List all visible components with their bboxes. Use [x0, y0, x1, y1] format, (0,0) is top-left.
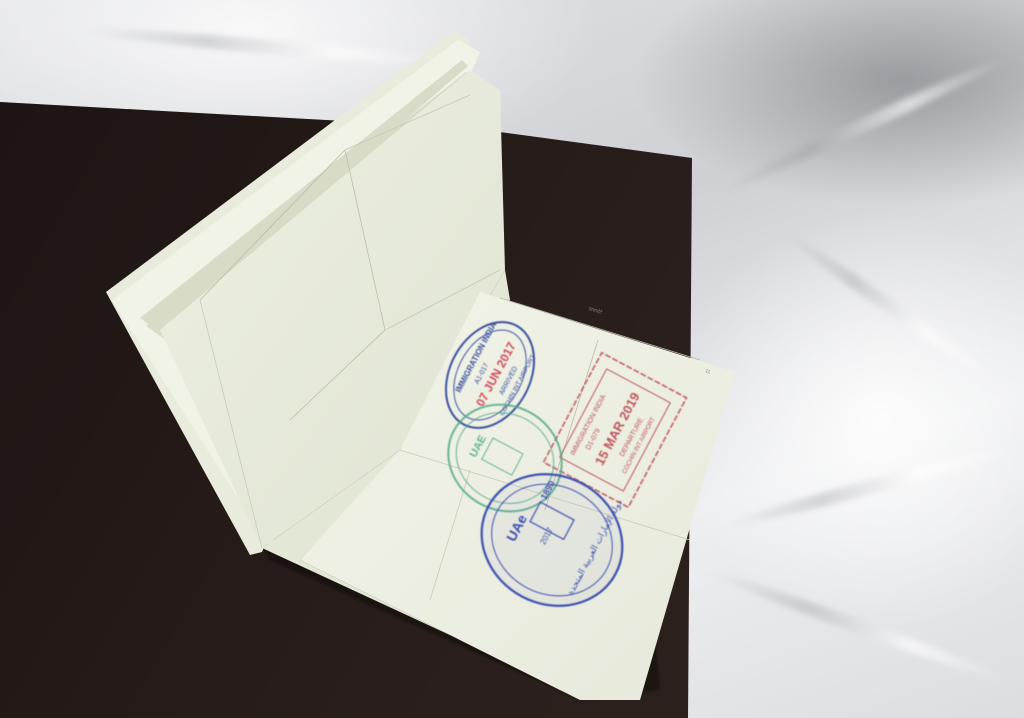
photo-scene: पासपोर्ट 11 IMMIGRATION INDIA A1-017 07 …: [0, 0, 1024, 718]
page-header-text: पासपोर्ट: [587, 305, 603, 316]
passport-pages: पासपोर्ट 11 IMMIGRATION INDIA A1-017 07 …: [0, 0, 1024, 718]
